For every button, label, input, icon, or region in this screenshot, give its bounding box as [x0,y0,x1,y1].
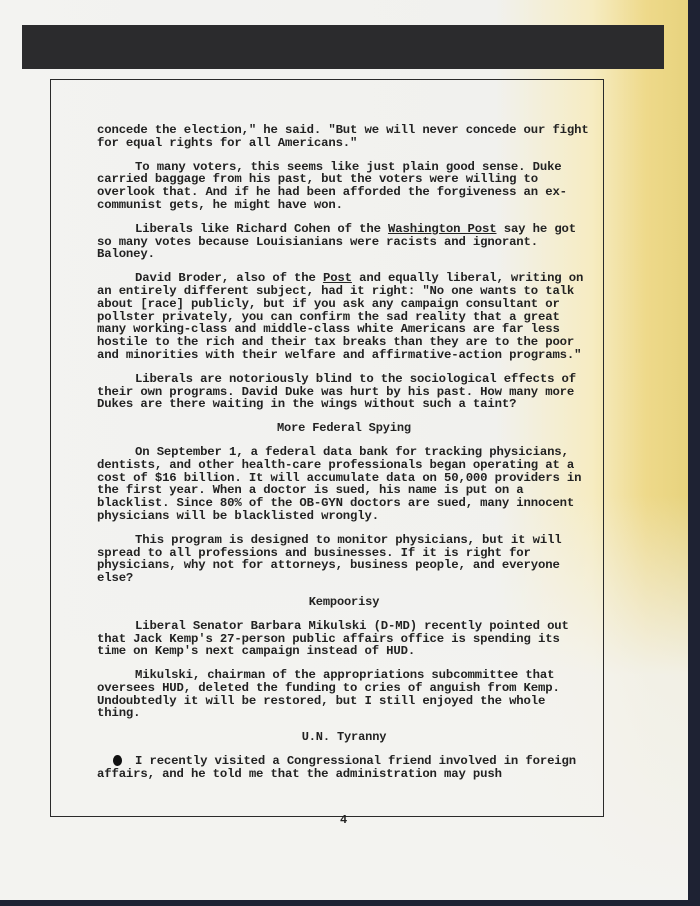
paragraph-liberals-blind: Liberals are notoriously blind to the so… [97,373,591,411]
paragraph-duke-voters: To many voters, this seems like just pla… [97,161,591,212]
paragraph-data-bank: On September 1, a federal data bank for … [97,446,591,523]
section-heading-federal-spying: More Federal Spying [97,422,591,435]
section-heading-kempoorisy: Kempoorisy [97,596,591,609]
paragraph-mikulski-1: Liberal Senator Barbara Mikulski (D-MD) … [97,620,591,658]
paragraph-program-spread: This program is designed to monitor phys… [97,534,591,585]
text: I recently visited a Congressional frien… [97,754,583,781]
paragraph-continuation: concede the election," he said. "But we … [97,124,591,150]
paragraph-broder: David Broder, also of the Post and equal… [97,272,591,362]
bullet-mark-icon [113,755,122,766]
section-heading-un-tyranny: U.N. Tyranny [97,731,591,744]
paragraph-mikulski-2: Mikulski, chairman of the appropriations… [97,669,591,720]
document-body: concede the election," he said. "But we … [97,124,591,792]
paragraph-congressional-friend: I recently visited a Congressional frien… [97,755,591,781]
paragraph-cohen: Liberals like Richard Cohen of the Washi… [97,223,591,261]
redaction-bar [22,25,664,69]
page-number: 4 [340,813,347,827]
text: and equally liberal, writing on an entir… [97,271,590,362]
